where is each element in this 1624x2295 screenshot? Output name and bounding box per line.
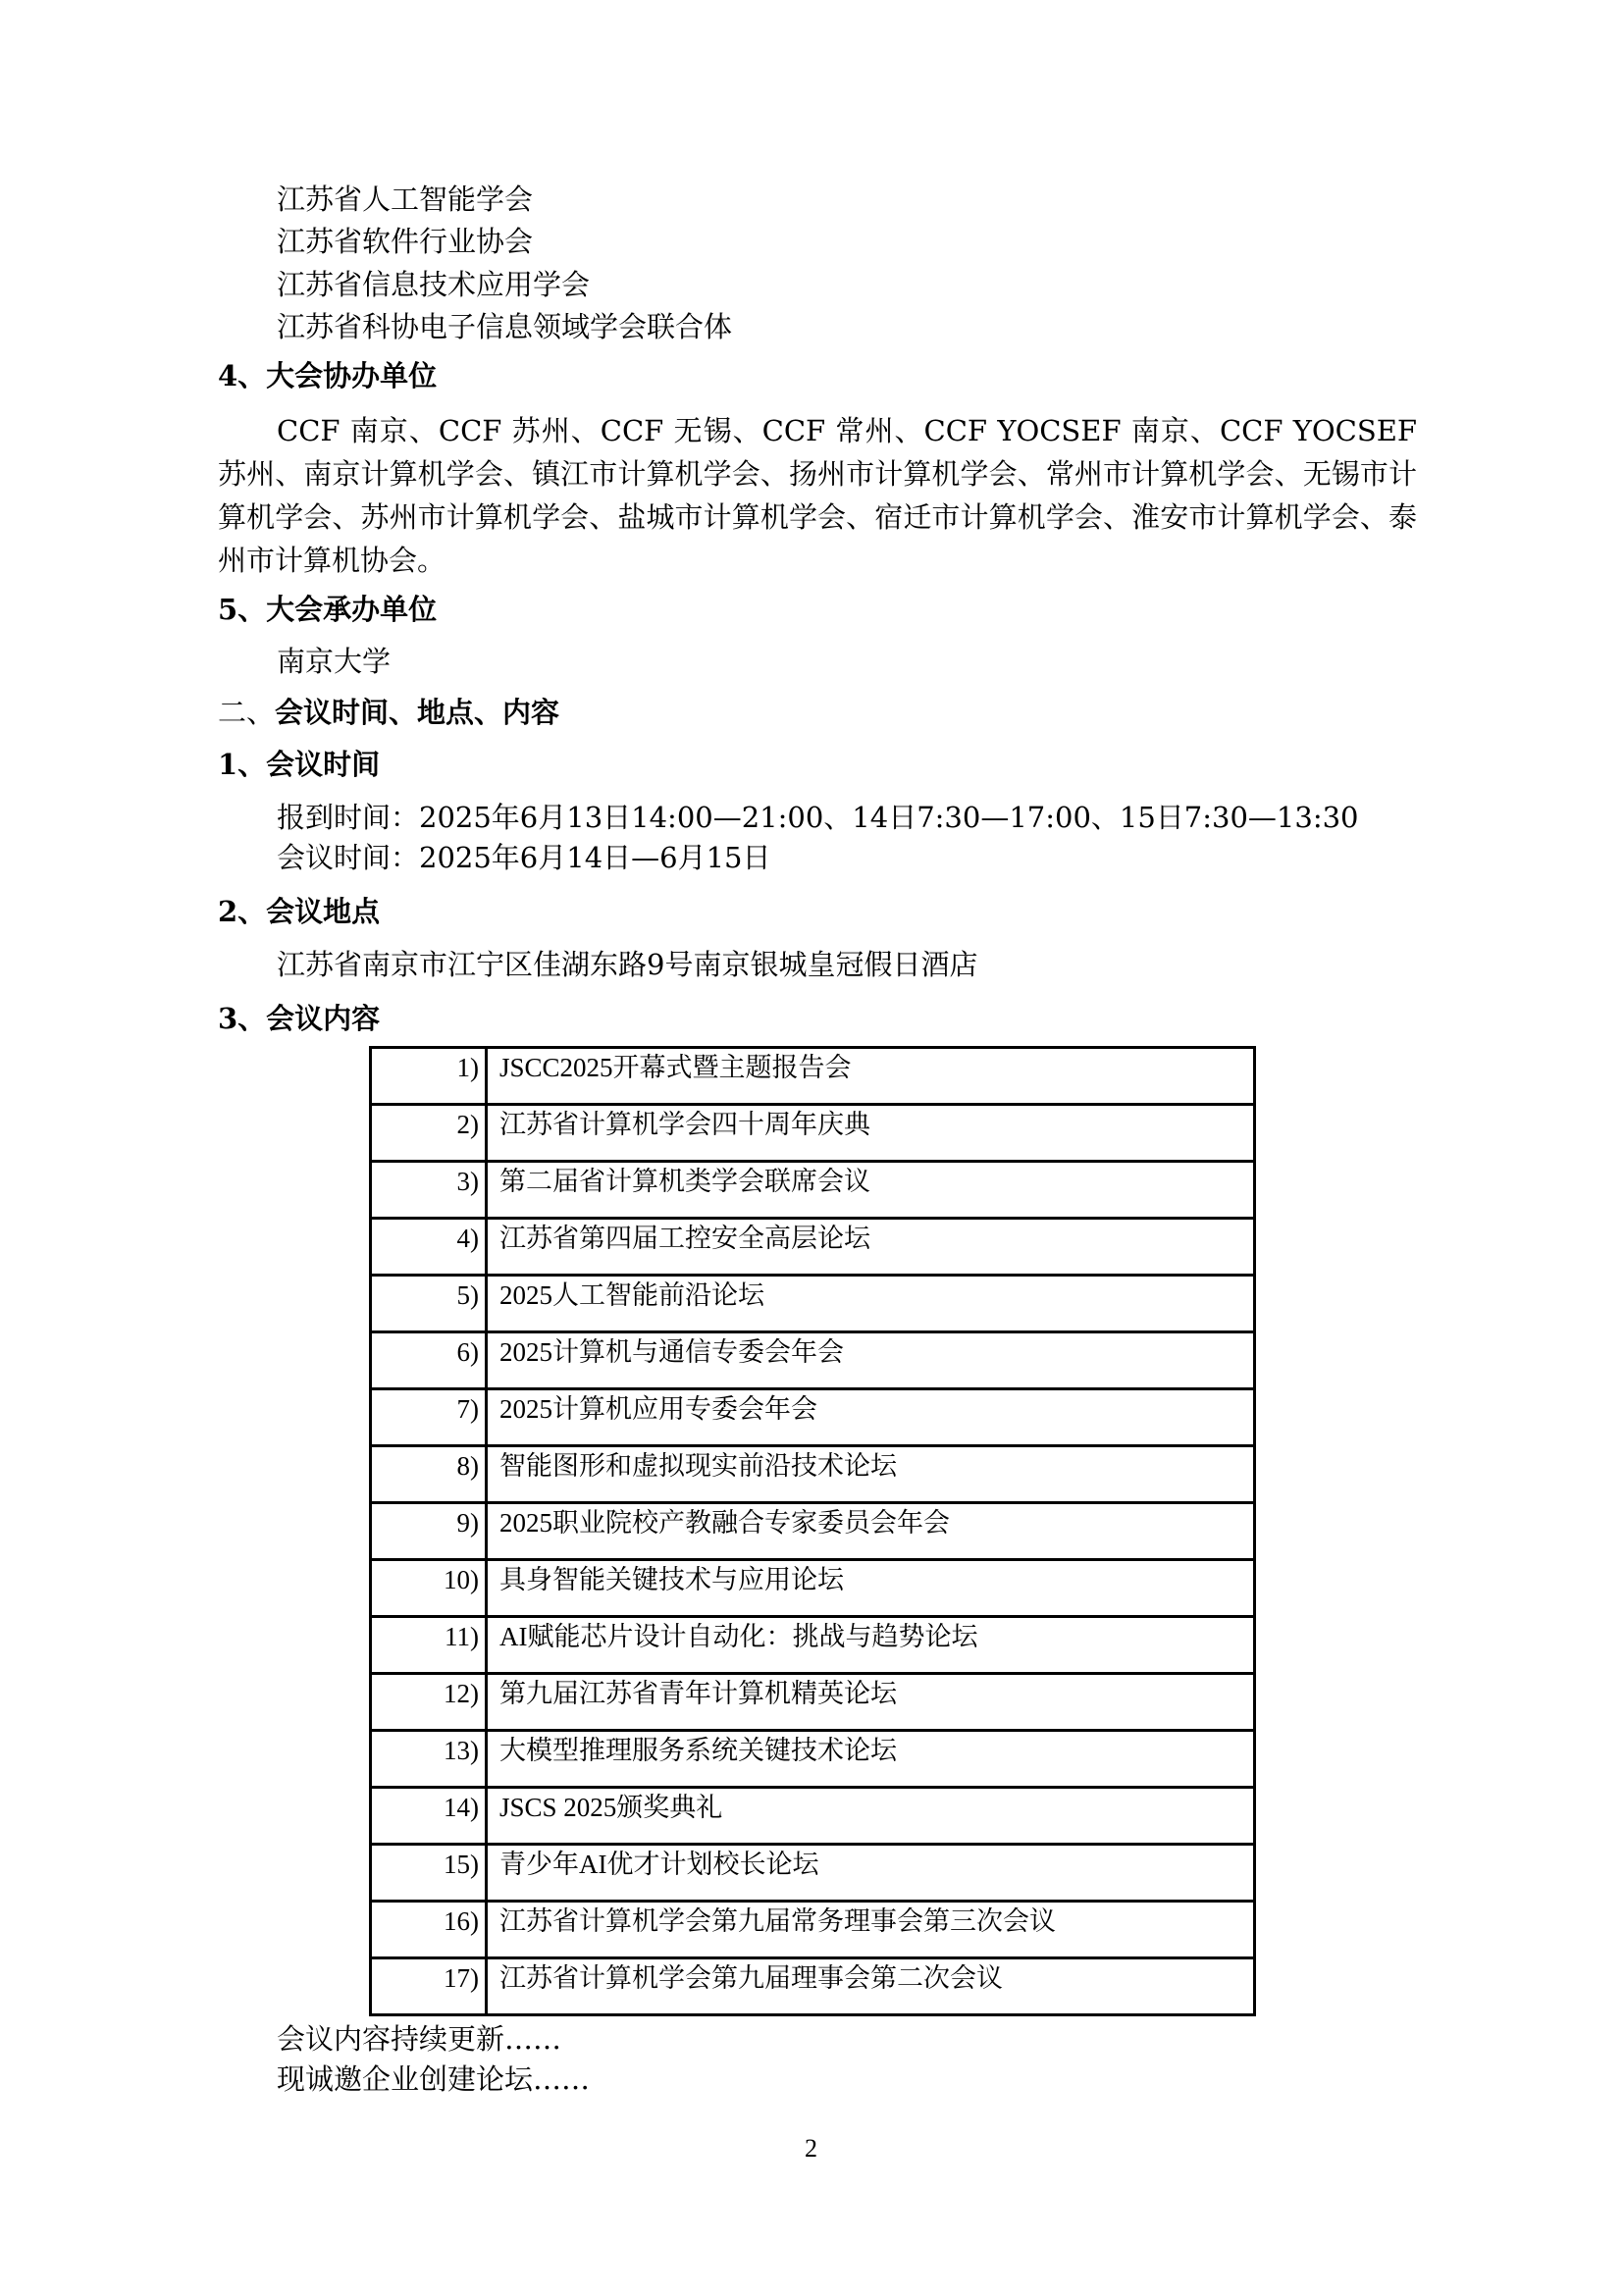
forum-invitation-note: 现诚邀企业创建论坛…… (277, 2061, 590, 2097)
host-organization: 南京大学 (277, 644, 391, 679)
organizer-line: 江苏省信息技术应用学会 (277, 267, 590, 302)
item-index: 15) (371, 1845, 487, 1902)
section-heading-location: 2、会议地点 (218, 894, 380, 929)
organizer-line: 江苏省软件行业协会 (277, 224, 533, 259)
item-title: 江苏省计算机学会四十周年庆典 (487, 1105, 1255, 1162)
table-row: 2)江苏省计算机学会四十周年庆典 (371, 1105, 1255, 1162)
co-organizers-paragraph: CCF 南京、CCF 苏州、CCF 无锡、CCF 常州、CCF YOCSEF 南… (218, 409, 1417, 582)
table-row: 11)AI赋能芯片设计自动化：挑战与趋势论坛 (371, 1617, 1255, 1674)
item-index: 5) (371, 1276, 487, 1332)
table-row: 17)江苏省计算机学会第九届理事会第二次会议 (371, 1958, 1255, 2015)
section-heading-content: 3、会议内容 (218, 1001, 380, 1036)
item-title: JSCC2025开幕式暨主题报告会 (487, 1048, 1255, 1105)
agenda-table: 1)JSCC2025开幕式暨主题报告会 2)江苏省计算机学会四十周年庆典 3)第… (369, 1046, 1256, 2016)
meeting-time: 会议时间：2025年6月14日—6月15日 (277, 840, 771, 875)
table-row: 8)智能图形和虚拟现实前沿技术论坛 (371, 1446, 1255, 1503)
table-row: 3)第二届省计算机类学会联席会议 (371, 1162, 1255, 1219)
table-row: 4)江苏省第四届工控安全高层论坛 (371, 1219, 1255, 1276)
item-index: 17) (371, 1958, 487, 2015)
item-index: 2) (371, 1105, 487, 1162)
table-row: 5)2025人工智能前沿论坛 (371, 1276, 1255, 1332)
registration-time: 报到时间：2025年6月13日14:00—21:00、14日7:30—17:00… (277, 800, 1359, 835)
table-row: 10)具身智能关键技术与应用论坛 (371, 1560, 1255, 1617)
section-heading-co-organizers: 4、大会协办单位 (218, 358, 437, 393)
section-heading-time: 1、会议时间 (218, 747, 380, 782)
item-title: JSCS 2025颁奖典礼 (487, 1788, 1255, 1845)
item-index: 8) (371, 1446, 487, 1503)
part-title: 会议时间、地点、内容 (275, 696, 559, 729)
item-index: 4) (371, 1219, 487, 1276)
organizer-line: 江苏省人工智能学会 (277, 182, 533, 217)
part-number: 二、 (218, 696, 275, 729)
item-title: 智能图形和虚拟现实前沿技术论坛 (487, 1446, 1255, 1503)
item-title: 2025人工智能前沿论坛 (487, 1276, 1255, 1332)
item-index: 7) (371, 1389, 487, 1446)
item-title: 江苏省计算机学会第九届常务理事会第三次会议 (487, 1902, 1255, 1958)
table-row: 13)大模型推理服务系统关键技术论坛 (371, 1731, 1255, 1788)
item-index: 14) (371, 1788, 487, 1845)
item-title: AI赋能芯片设计自动化：挑战与趋势论坛 (487, 1617, 1255, 1674)
table-row: 9)2025职业院校产教融合专家委员会年会 (371, 1503, 1255, 1560)
item-index: 11) (371, 1617, 487, 1674)
item-title: 2025职业院校产教融合专家委员会年会 (487, 1503, 1255, 1560)
item-index: 3) (371, 1162, 487, 1219)
item-title: 江苏省计算机学会第九届理事会第二次会议 (487, 1958, 1255, 2015)
content-update-note: 会议内容持续更新…… (277, 2021, 561, 2057)
table-row: 16)江苏省计算机学会第九届常务理事会第三次会议 (371, 1902, 1255, 1958)
item-index: 12) (371, 1674, 487, 1731)
item-title: 第二届省计算机类学会联席会议 (487, 1162, 1255, 1219)
item-title: 第九届江苏省青年计算机精英论坛 (487, 1674, 1255, 1731)
item-title: 具身智能关键技术与应用论坛 (487, 1560, 1255, 1617)
table-row: 14)JSCS 2025颁奖典礼 (371, 1788, 1255, 1845)
item-index: 9) (371, 1503, 487, 1560)
part-heading-time-location-content: 二、会议时间、地点、内容 (218, 695, 559, 730)
item-index: 10) (371, 1560, 487, 1617)
item-index: 13) (371, 1731, 487, 1788)
item-index: 6) (371, 1332, 487, 1389)
page-number: 2 (805, 2134, 817, 2164)
item-title: 大模型推理服务系统关键技术论坛 (487, 1731, 1255, 1788)
item-title: 2025计算机应用专委会年会 (487, 1389, 1255, 1446)
table-row: 6)2025计算机与通信专委会年会 (371, 1332, 1255, 1389)
table-row: 1)JSCC2025开幕式暨主题报告会 (371, 1048, 1255, 1105)
section-heading-host: 5、大会承办单位 (218, 592, 437, 627)
meeting-address: 江苏省南京市江宁区佳湖东路9号南京银城皇冠假日酒店 (277, 947, 977, 982)
table-row: 15)青少年AI优才计划校长论坛 (371, 1845, 1255, 1902)
item-title: 青少年AI优才计划校长论坛 (487, 1845, 1255, 1902)
organizer-line: 江苏省科协电子信息领域学会联合体 (277, 309, 732, 344)
table-row: 7)2025计算机应用专委会年会 (371, 1389, 1255, 1446)
item-index: 16) (371, 1902, 487, 1958)
table-row: 12)第九届江苏省青年计算机精英论坛 (371, 1674, 1255, 1731)
item-index: 1) (371, 1048, 487, 1105)
item-title: 江苏省第四届工控安全高层论坛 (487, 1219, 1255, 1276)
item-title: 2025计算机与通信专委会年会 (487, 1332, 1255, 1389)
